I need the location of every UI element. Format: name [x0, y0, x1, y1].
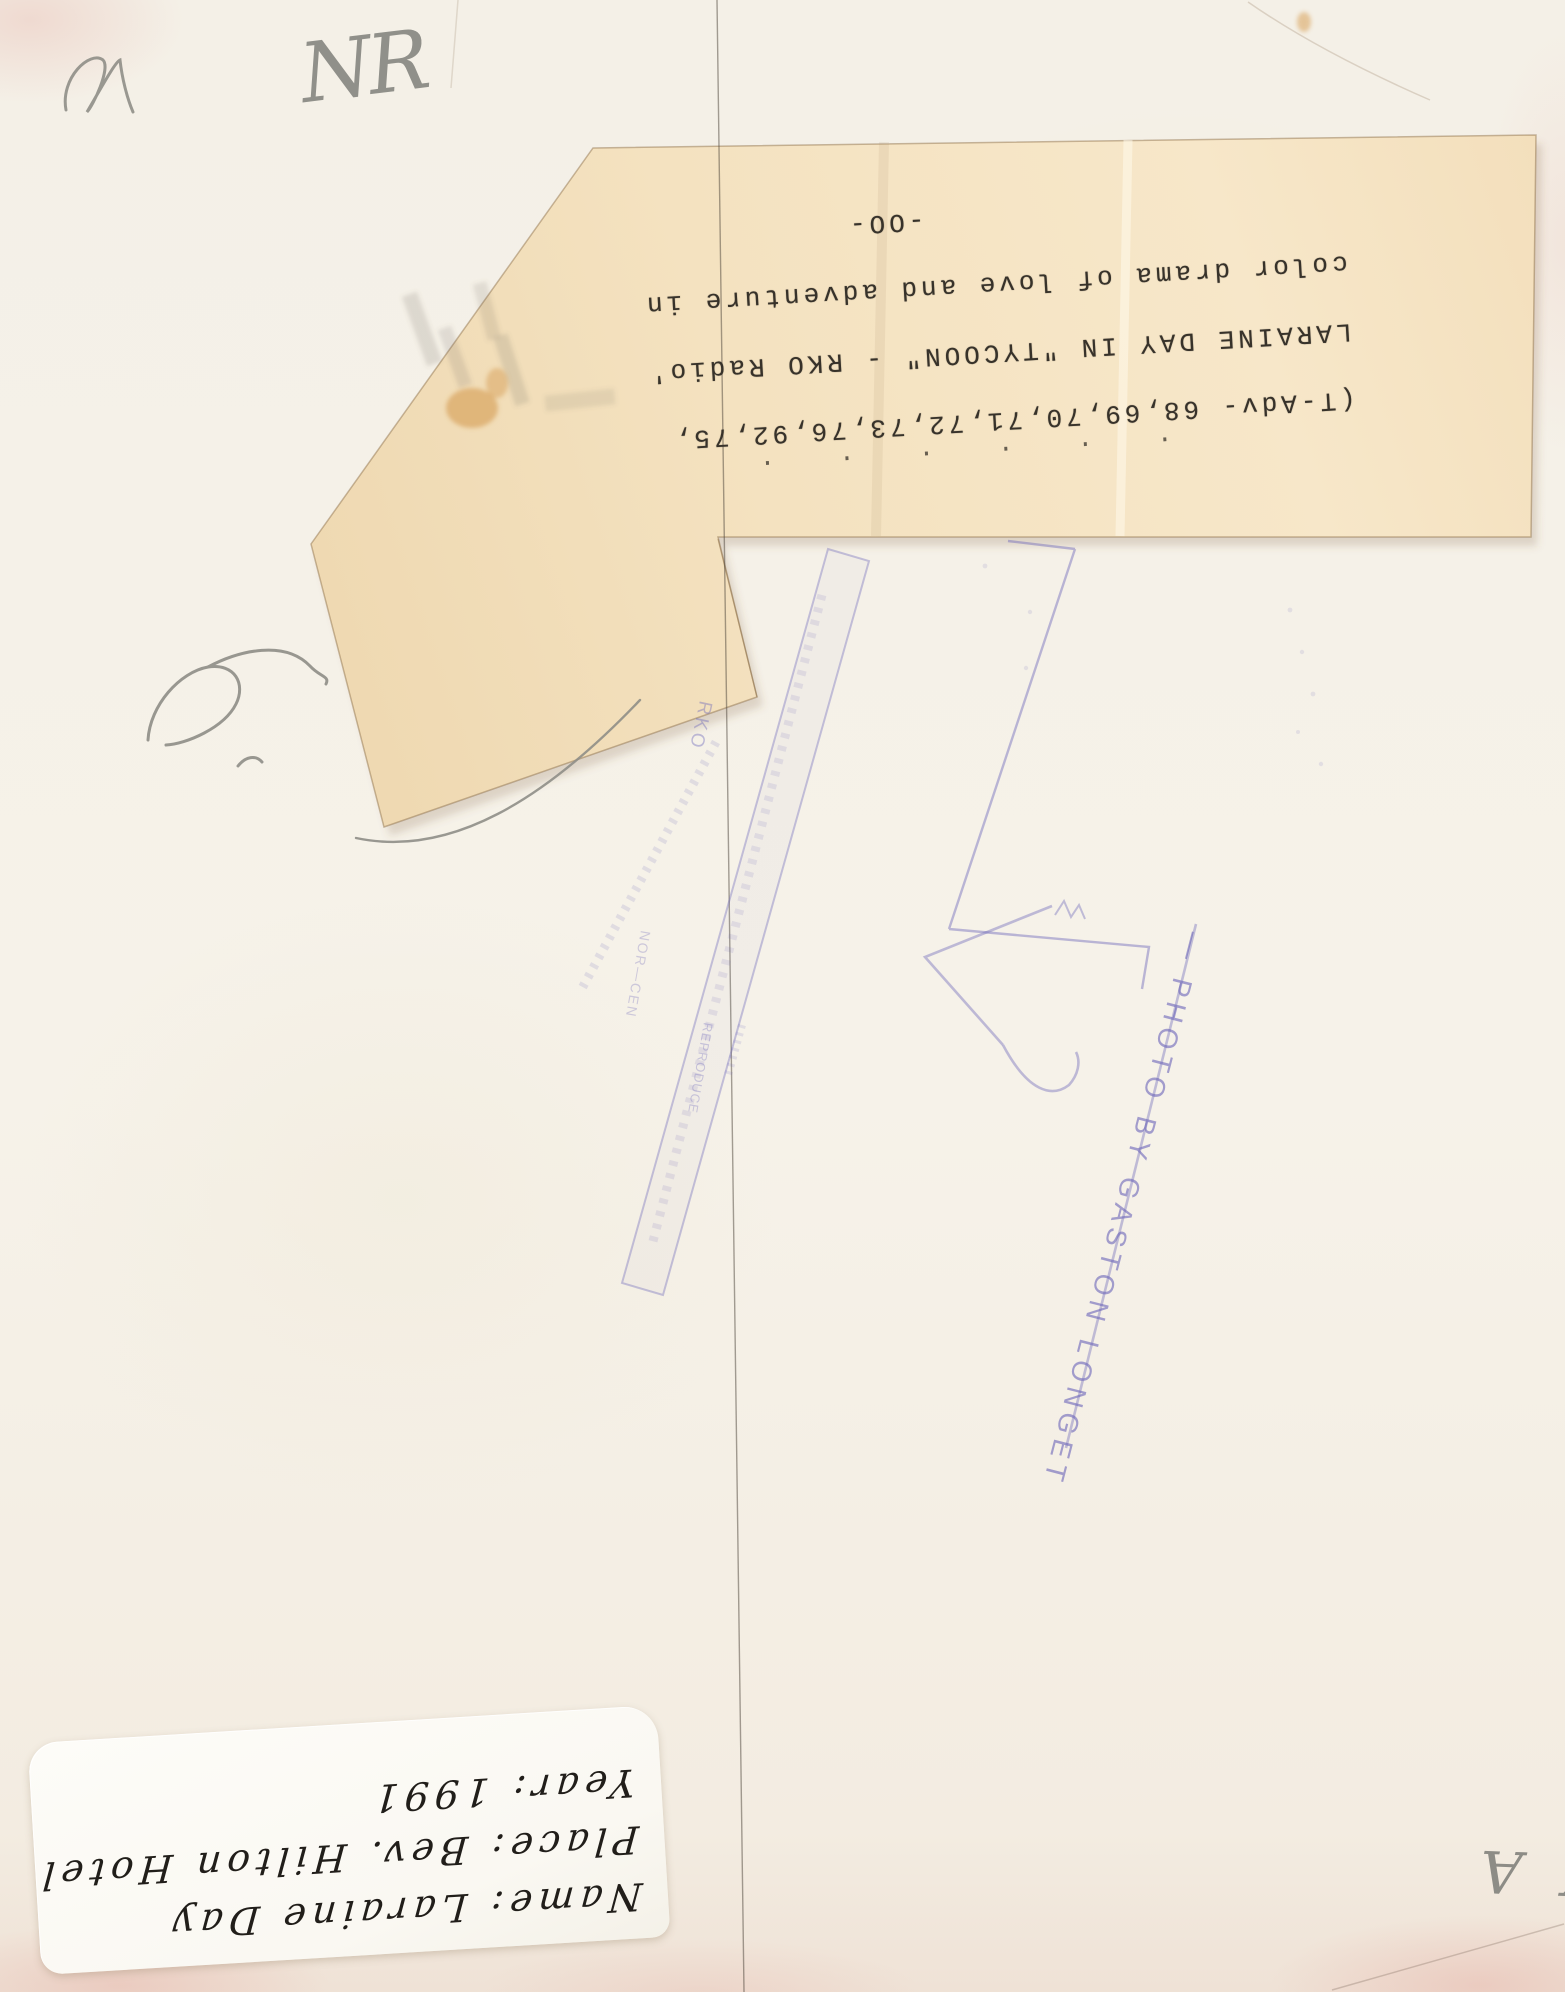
- stamp-hook-mark: [1003, 1045, 1078, 1091]
- stamp-arrow-mark: [925, 906, 1052, 1045]
- photographer-credit-stamp: — PHOTO BY GASTON LONGET: [1037, 928, 1210, 1489]
- typed-caption-block: ...... (T-Adv- 68,69,70,71,72,73,76,92,7…: [642, 157, 1357, 474]
- stamp-fragment-norcen: NOR—CEN: [623, 929, 654, 1019]
- top-right-crease: [1248, 2, 1430, 100]
- stamp-ghost-specks: [983, 564, 1324, 767]
- pencil-small-arc: [238, 757, 262, 766]
- pencil-top-left-squiggle: [65, 58, 133, 112]
- photo-back-scan: — PHOTO BY GASTON LONGET RKO NOR—CEN REP…: [0, 0, 1565, 1992]
- pencil-mark-xa: X A: [1431, 1835, 1565, 1909]
- stamp-zigzag-mark: [1055, 901, 1085, 919]
- large-stamp-box-edges: [949, 541, 1149, 989]
- archival-label: Name: Laraine Day Place: Bev. Hilton Hot…: [28, 1705, 671, 1975]
- pencil-signature-loop: [148, 667, 240, 745]
- handwritten-notes: Name: Laraine Day Place: Bev. Hilton Hot…: [28, 1705, 671, 1975]
- bottom-right-crease: [1332, 1924, 1564, 1990]
- top-right-stain-dot: [1297, 12, 1311, 32]
